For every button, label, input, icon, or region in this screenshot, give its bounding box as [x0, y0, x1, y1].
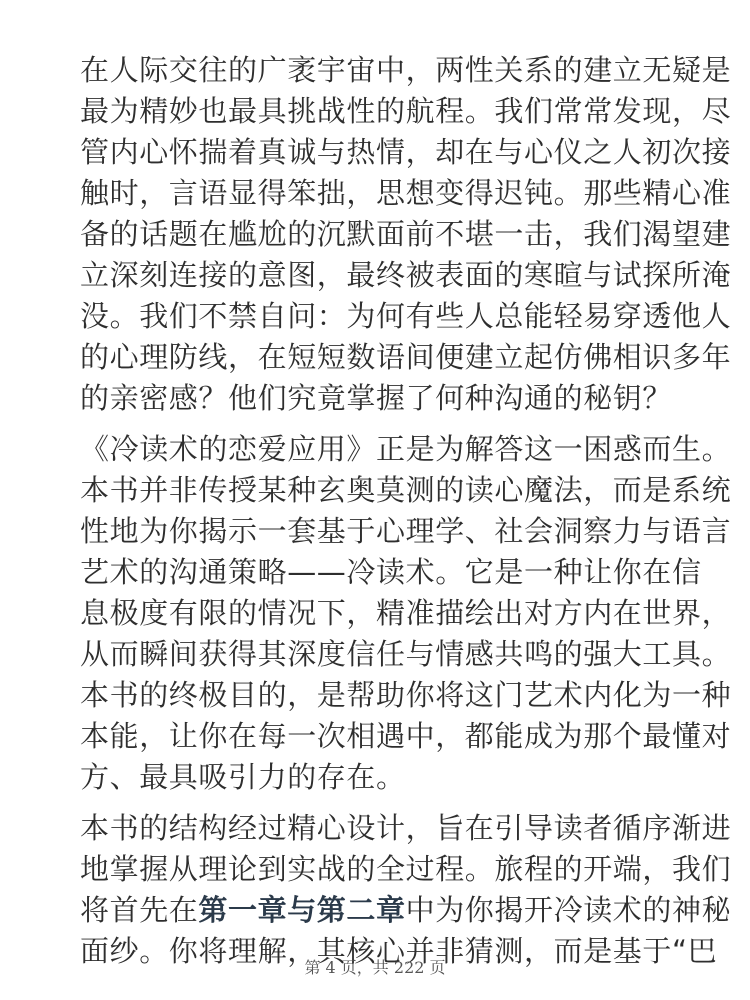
text-line: 本书并非传授某种玄奥莫测的读心魔法，而是系统	[80, 470, 672, 511]
text-line: 从而瞬间获得其深度信任与情感共鸣的强大工具。	[80, 634, 672, 675]
page-indicator: 第 4 页，共 222 页	[0, 955, 750, 978]
text-line: 在人际交往的广袤宇宙中，两性关系的建立无疑是	[80, 50, 672, 91]
text-line: 最为精妙也最具挑战性的航程。我们常常发现，尽	[80, 91, 672, 132]
text-line: 本书的终极目的，是帮助你将这门艺术内化为一种	[80, 675, 672, 716]
text-line: 艺术的沟通策略——冷读术。它是一种让你在信	[80, 552, 672, 593]
paragraph-book-purpose: 《冷读术的恋爱应用》正是为解答这一困惑而生。 本书并非传授某种玄奥莫测的读心魔法…	[80, 429, 672, 798]
text-line: 本能，让你在每一次相遇中，都能成为那个最懂对	[80, 716, 672, 757]
text-line: 息极度有限的情况下，精准描绘出对方内在世界，	[80, 593, 672, 634]
text-line: 触时，言语显得笨拙，思想变得迟钝。那些精心准	[80, 173, 672, 214]
text-line: 的心理防线，在短短数语间便建立起仿佛相识多年	[80, 337, 672, 378]
text-line: 备的话题在尴尬的沉默面前不堪一击，我们渴望建	[80, 214, 672, 255]
text-line: 的亲密感？他们究竟掌握了何种沟通的秘钥？	[80, 378, 672, 419]
text-segment: 中为你揭开冷读术的神秘	[406, 893, 732, 927]
chapter-emphasis: 第一章与第二章	[198, 893, 405, 927]
document-page: 在人际交往的广袤宇宙中，两性关系的建立无疑是 最为精妙也最具挑战性的航程。我们常…	[80, 50, 672, 982]
text-line: 方、最具吸引力的存在。	[80, 757, 672, 798]
text-line: 性地为你揭示一套基于心理学、社会洞察力与语言	[80, 511, 672, 552]
text-line: 本书的结构经过精心设计，旨在引导读者循序渐进	[80, 808, 672, 849]
text-segment: 将首先在	[80, 893, 198, 927]
text-line: 管内心怀揣着真诚与热情，却在与心仪之人初次接	[80, 132, 672, 173]
text-line: 《冷读术的恋爱应用》正是为解答这一困惑而生。	[80, 429, 672, 470]
text-line: 地掌握从理论到实战的全过程。旅程的开端，我们	[80, 849, 672, 890]
paragraph-intro: 在人际交往的广袤宇宙中，两性关系的建立无疑是 最为精妙也最具挑战性的航程。我们常…	[80, 50, 672, 419]
text-line-with-emphasis: 将首先在第一章与第二章中为你揭开冷读术的神秘	[80, 890, 672, 931]
paragraph-book-structure: 本书的结构经过精心设计，旨在引导读者循序渐进 地掌握从理论到实战的全过程。旅程的…	[80, 808, 672, 972]
text-line: 没。我们不禁自问：为何有些人总能轻易穿透他人	[80, 296, 672, 337]
text-line: 立深刻连接的意图，最终被表面的寒暄与试探所淹	[80, 255, 672, 296]
